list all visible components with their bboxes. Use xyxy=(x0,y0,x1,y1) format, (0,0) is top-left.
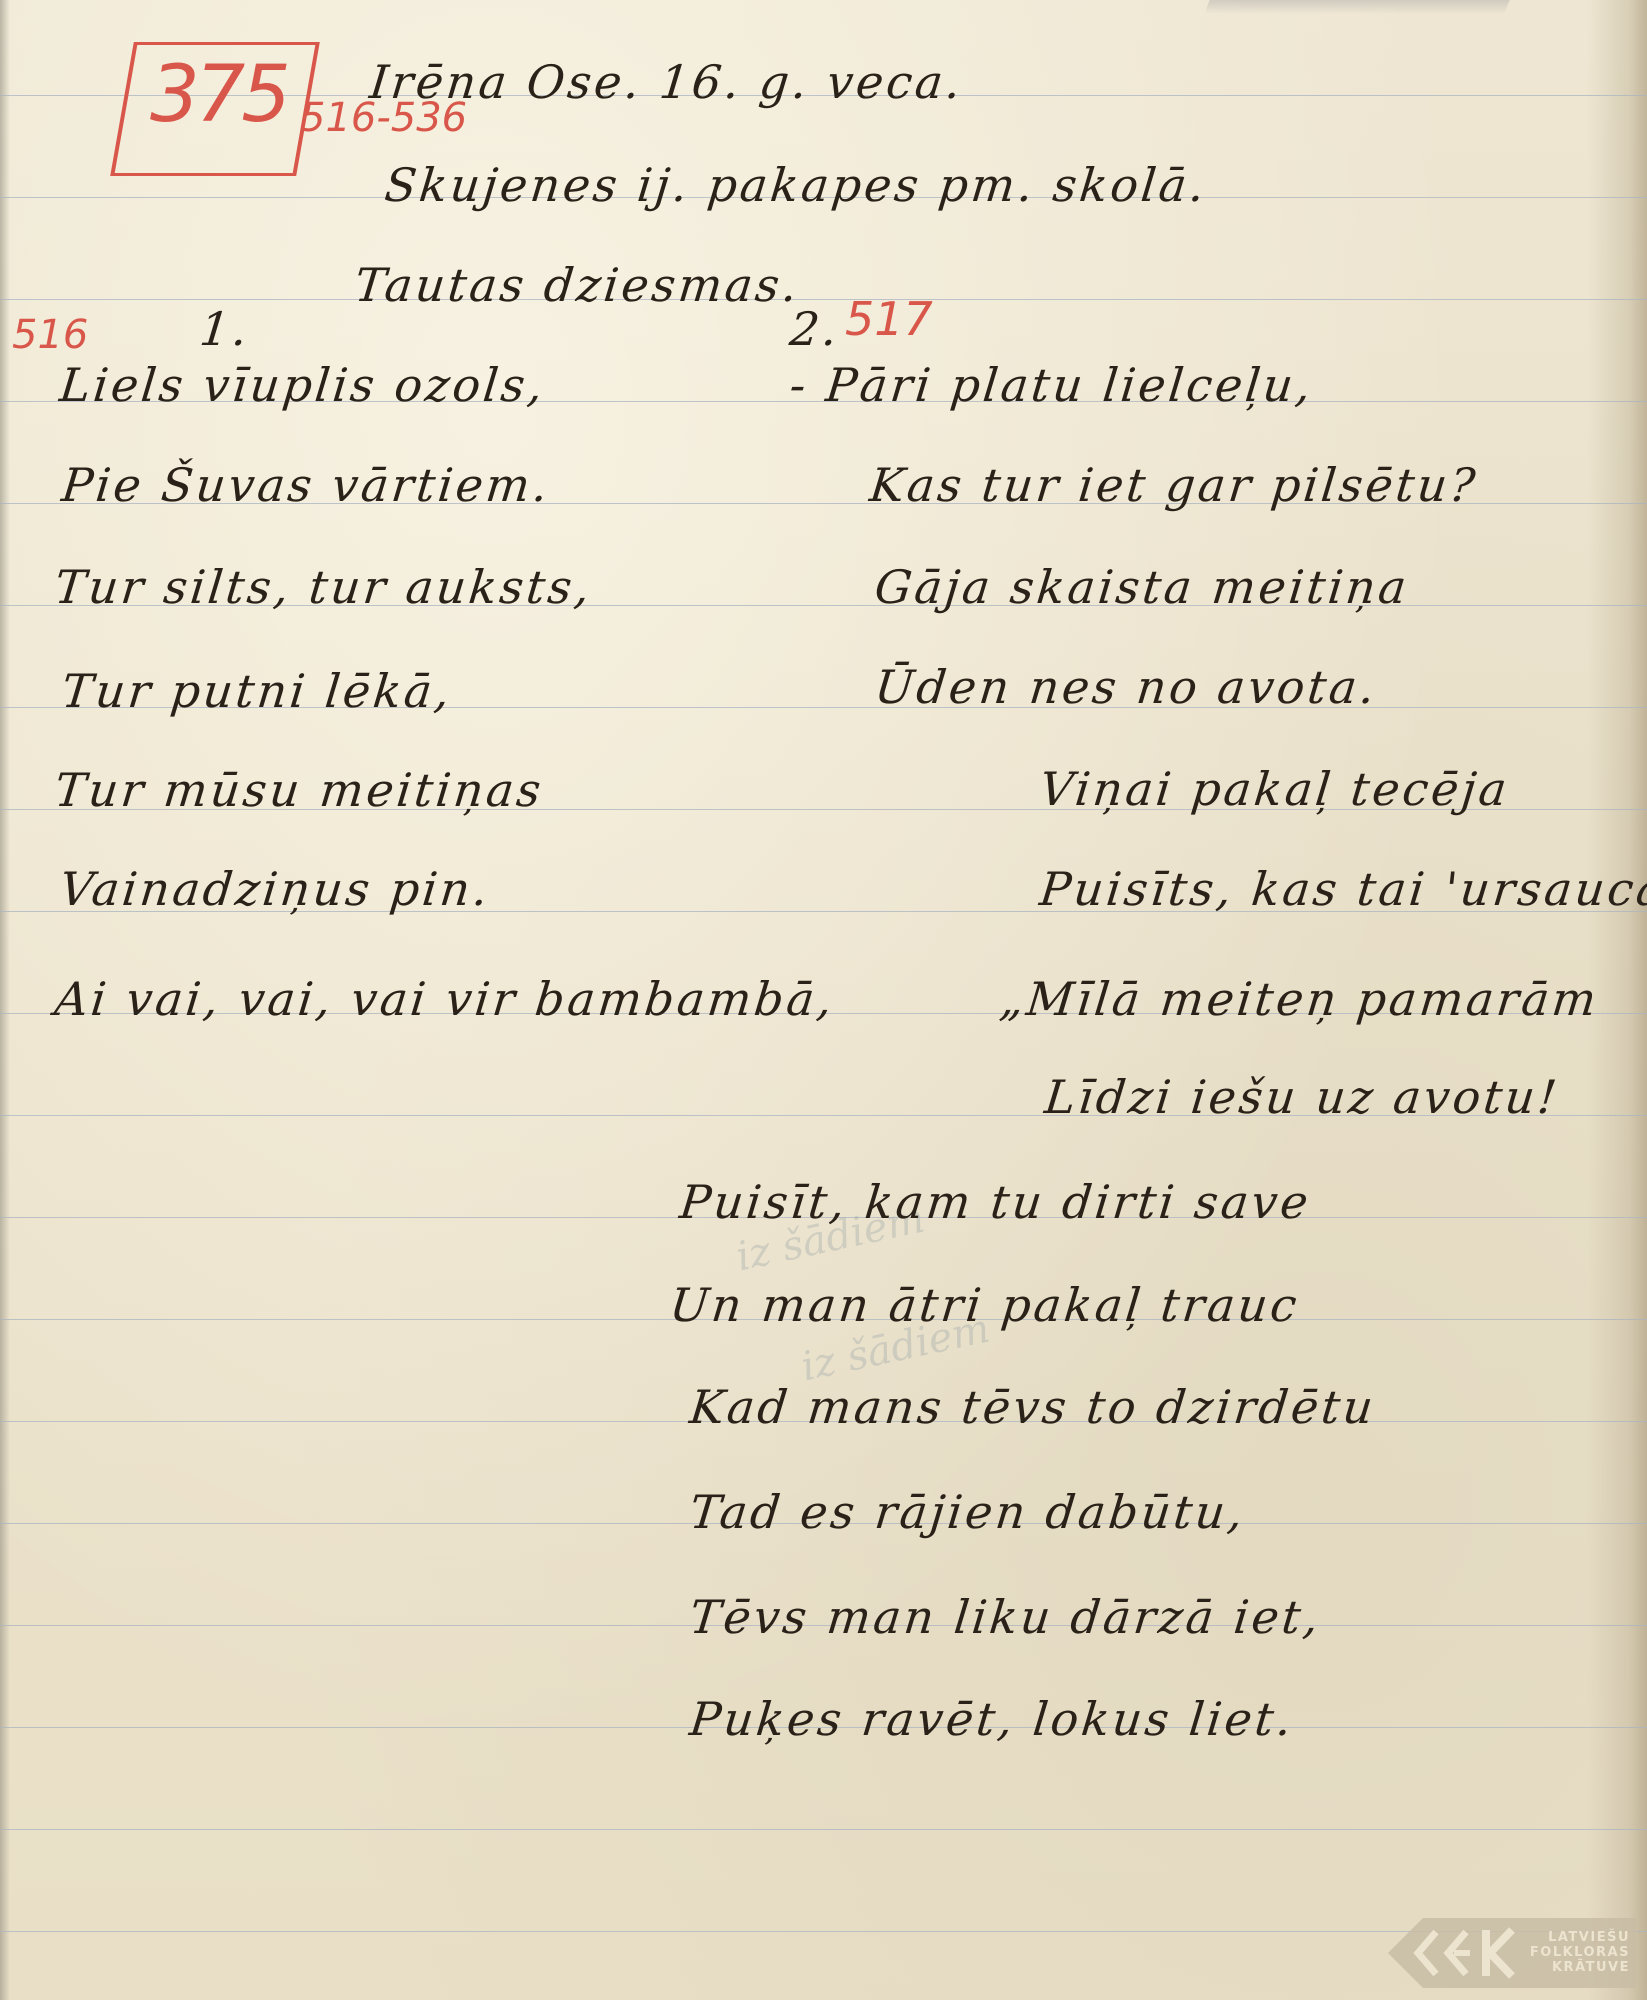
watermark-line: FOLKLORAS xyxy=(1520,1945,1630,1960)
song-line: Tur putni lēkā, xyxy=(59,664,455,718)
song-line: „Mīlā meiteņ pamarām xyxy=(997,972,1602,1026)
song-line: Vainadziņus pin. xyxy=(57,862,493,916)
song-number: 516 xyxy=(12,312,88,358)
song-line: Puisīts, kas tai 'ursauca. xyxy=(1037,862,1647,916)
song-line: Tad es rājien dabūtu, xyxy=(687,1485,1248,1539)
document-title: Tautas dziesmas. xyxy=(352,258,802,312)
song-line: Ūden nes no avota. xyxy=(872,660,1380,714)
song-line: Gāja skaista meitiņa xyxy=(872,560,1412,614)
archive-number: 375 xyxy=(150,50,287,140)
paper-fold xyxy=(1204,0,1509,14)
song-line: Ai vai, vai, vai vir bambambā, xyxy=(52,972,838,1026)
ruled-line xyxy=(0,1829,1647,1830)
page-left-edge-shadow xyxy=(0,0,10,2000)
song-line: Un man ātri pakaļ trauc xyxy=(667,1278,1302,1332)
manuscript-page: iz šādiem iz šādiem 375 516-536 Irēna Os… xyxy=(0,0,1647,2000)
song-line: Puķes ravēt, lokus liet. xyxy=(687,1692,1297,1746)
song-line: Puisīt, kam tu dirti save xyxy=(677,1175,1314,1229)
song-label: 1. xyxy=(197,302,253,356)
watermark-line: LATVIEŠU xyxy=(1520,1930,1630,1945)
song-label: 2. xyxy=(787,302,843,356)
song-line: Kad mans tēvs to dzirdētu xyxy=(687,1380,1378,1434)
watermark-text: LATVIEŠU FOLKLORAS KRĀTUVE xyxy=(1520,1930,1630,1975)
location-line: Skujenes ij. pakapes pm. skolā. xyxy=(382,158,1210,212)
ruled-line xyxy=(0,299,1647,300)
informant-line: Irēna Ose. 16. g. veca. xyxy=(367,55,966,109)
song-number: 517 xyxy=(845,292,933,346)
song-line: Viņai pakaļ tecēja xyxy=(1037,762,1512,816)
song-line: - Pāri platu lielceļu, xyxy=(787,358,1316,412)
song-line: Kas tur iet gar pilsētu? xyxy=(867,458,1480,512)
song-line: Tēvs man liku dārzā iet, xyxy=(687,1590,1324,1644)
song-line: Tur mūsu meitiņas xyxy=(52,763,546,817)
song-line: Pie Šuvas vārtiem. xyxy=(59,458,553,512)
song-line: Tur silts, tur auksts, xyxy=(52,560,595,614)
song-line: Līdzi iešu uz avotu! xyxy=(1042,1070,1562,1124)
watermark-line: KRĀTUVE xyxy=(1520,1960,1630,1975)
song-line: Liels vīuplis ozols, xyxy=(57,358,548,412)
